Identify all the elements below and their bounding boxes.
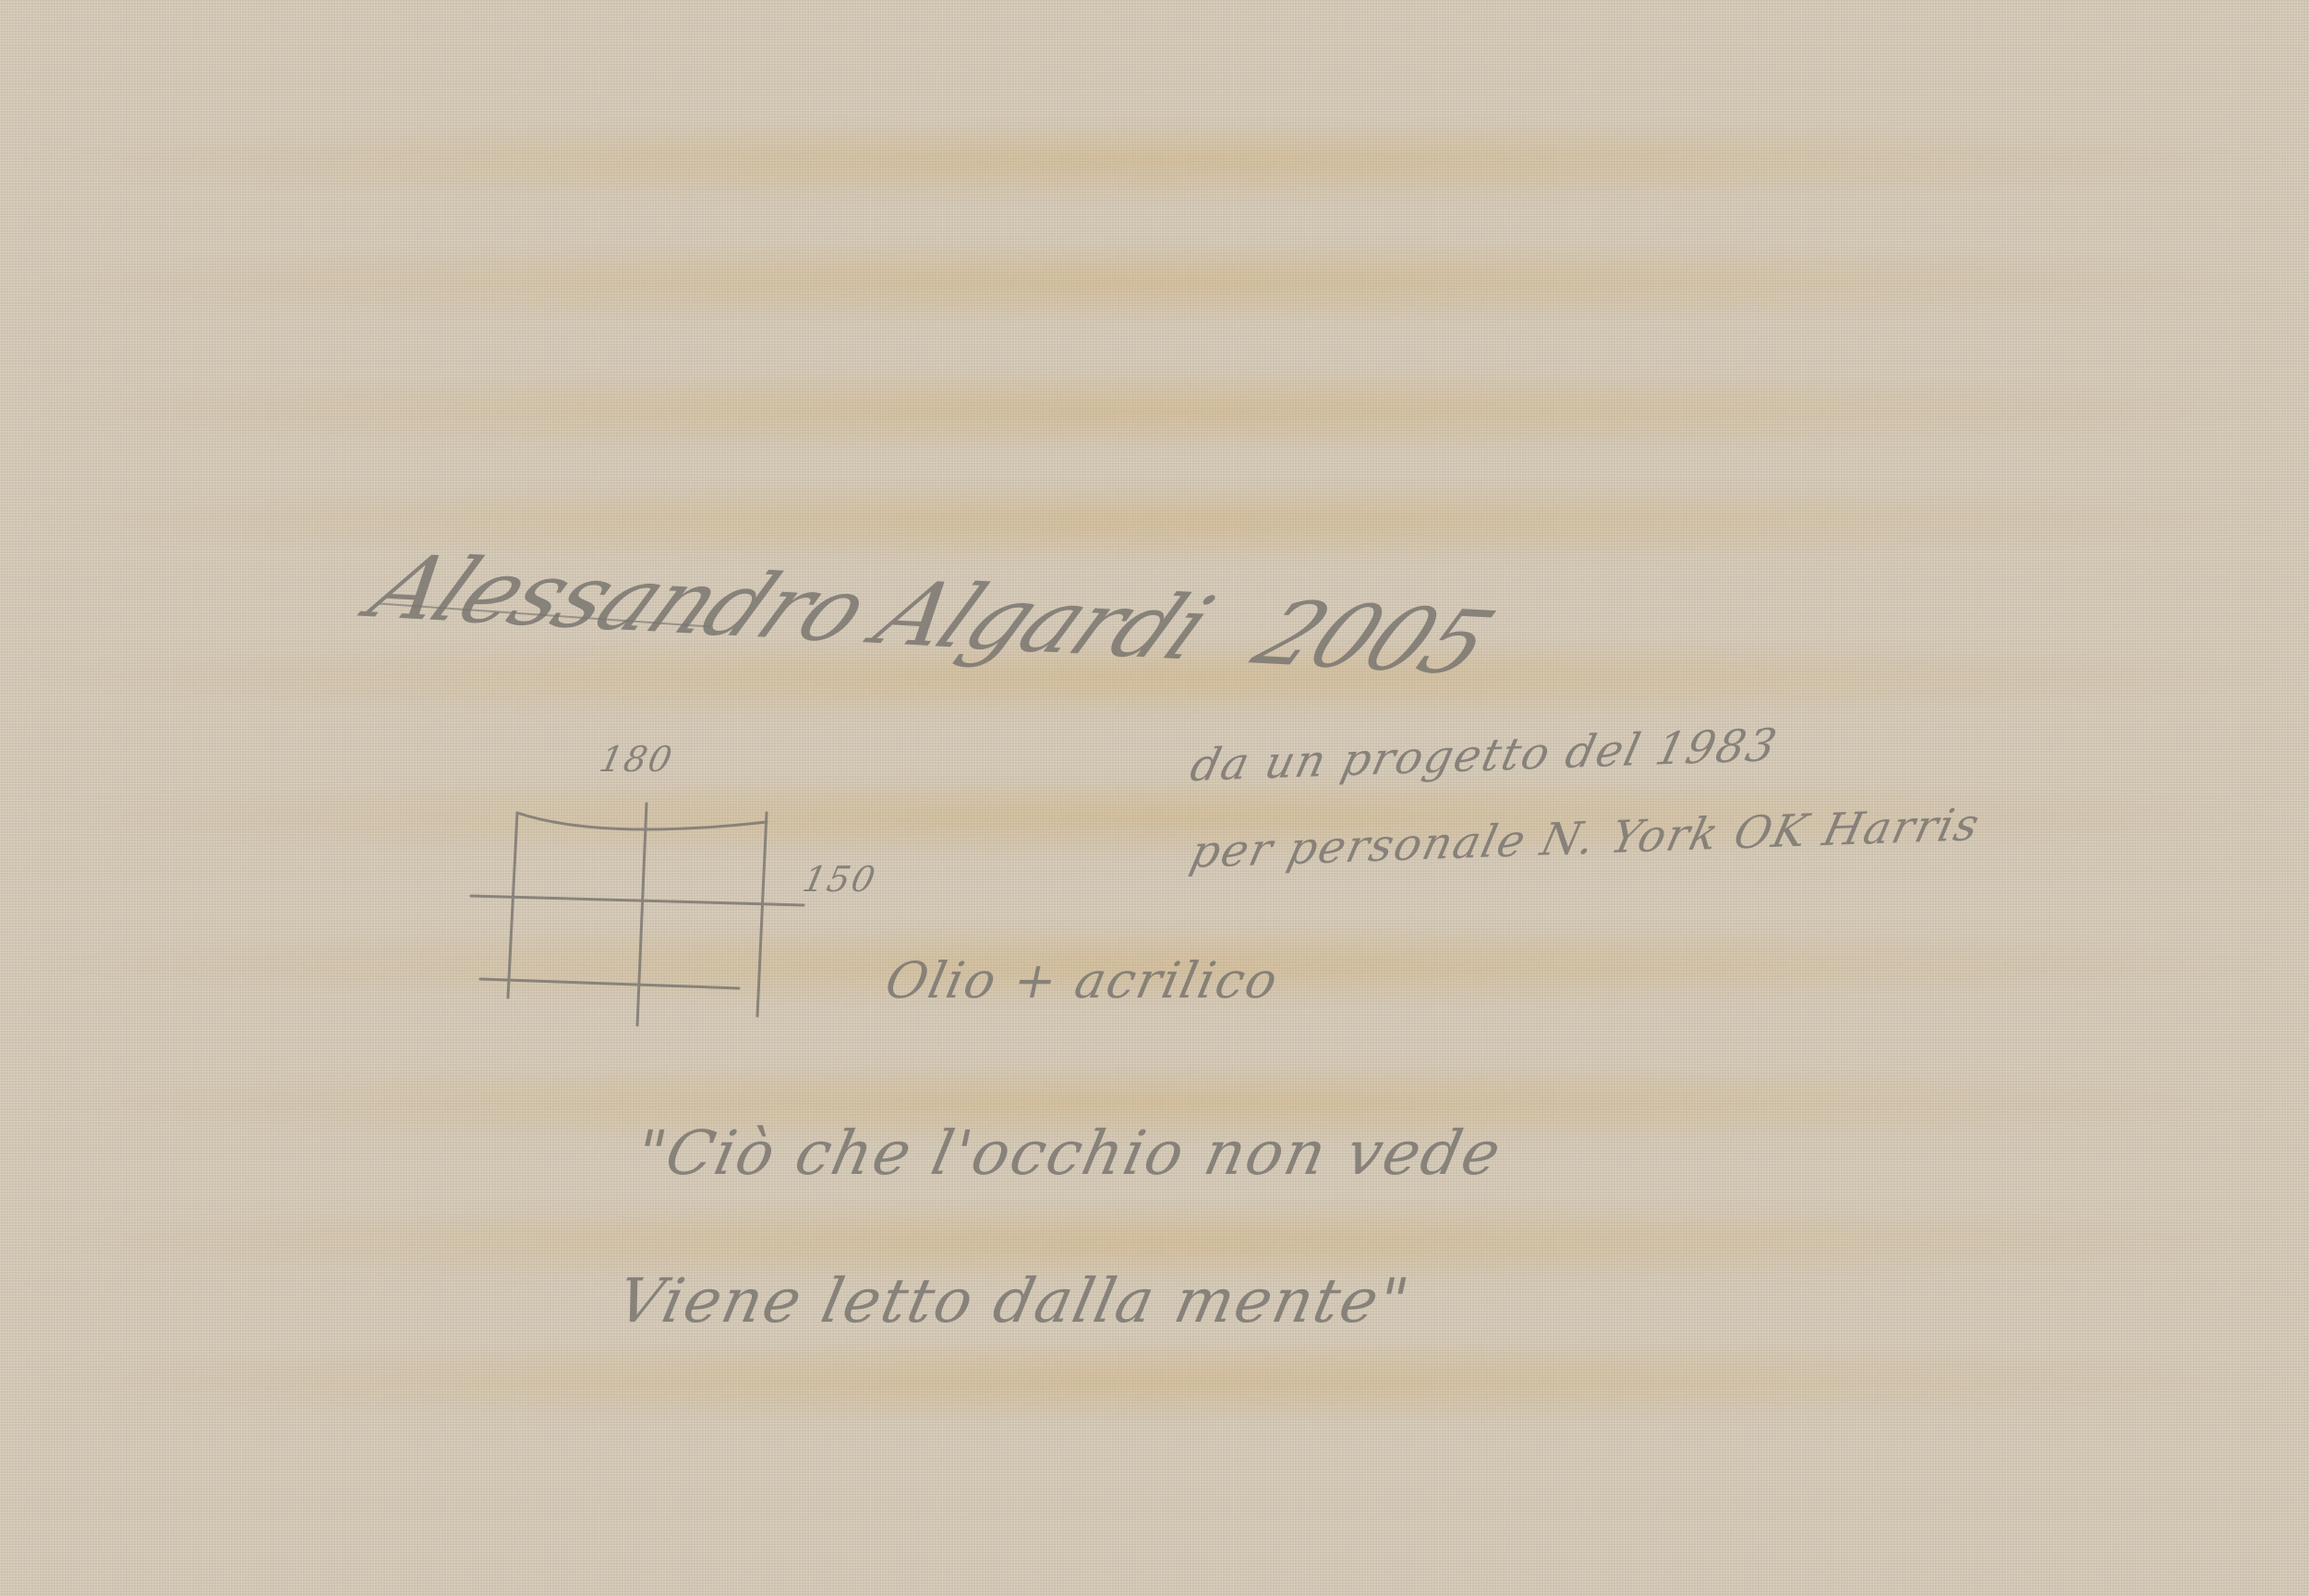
stain-band — [0, 369, 2309, 453]
title-line-2: Viene letto dalla mente" — [611, 1265, 1417, 1336]
dimension-width: 180 — [596, 739, 677, 780]
title-line-1: "Ciò che l'occhio non vede — [630, 1118, 1508, 1189]
stain-band — [0, 240, 2309, 323]
stain-band — [0, 480, 2309, 563]
dimension-sketch-diagram — [462, 794, 813, 1034]
stain-band — [0, 120, 2309, 203]
medium-note: Olio + acrilico — [880, 951, 1284, 1010]
stain-band — [0, 1339, 2309, 1422]
